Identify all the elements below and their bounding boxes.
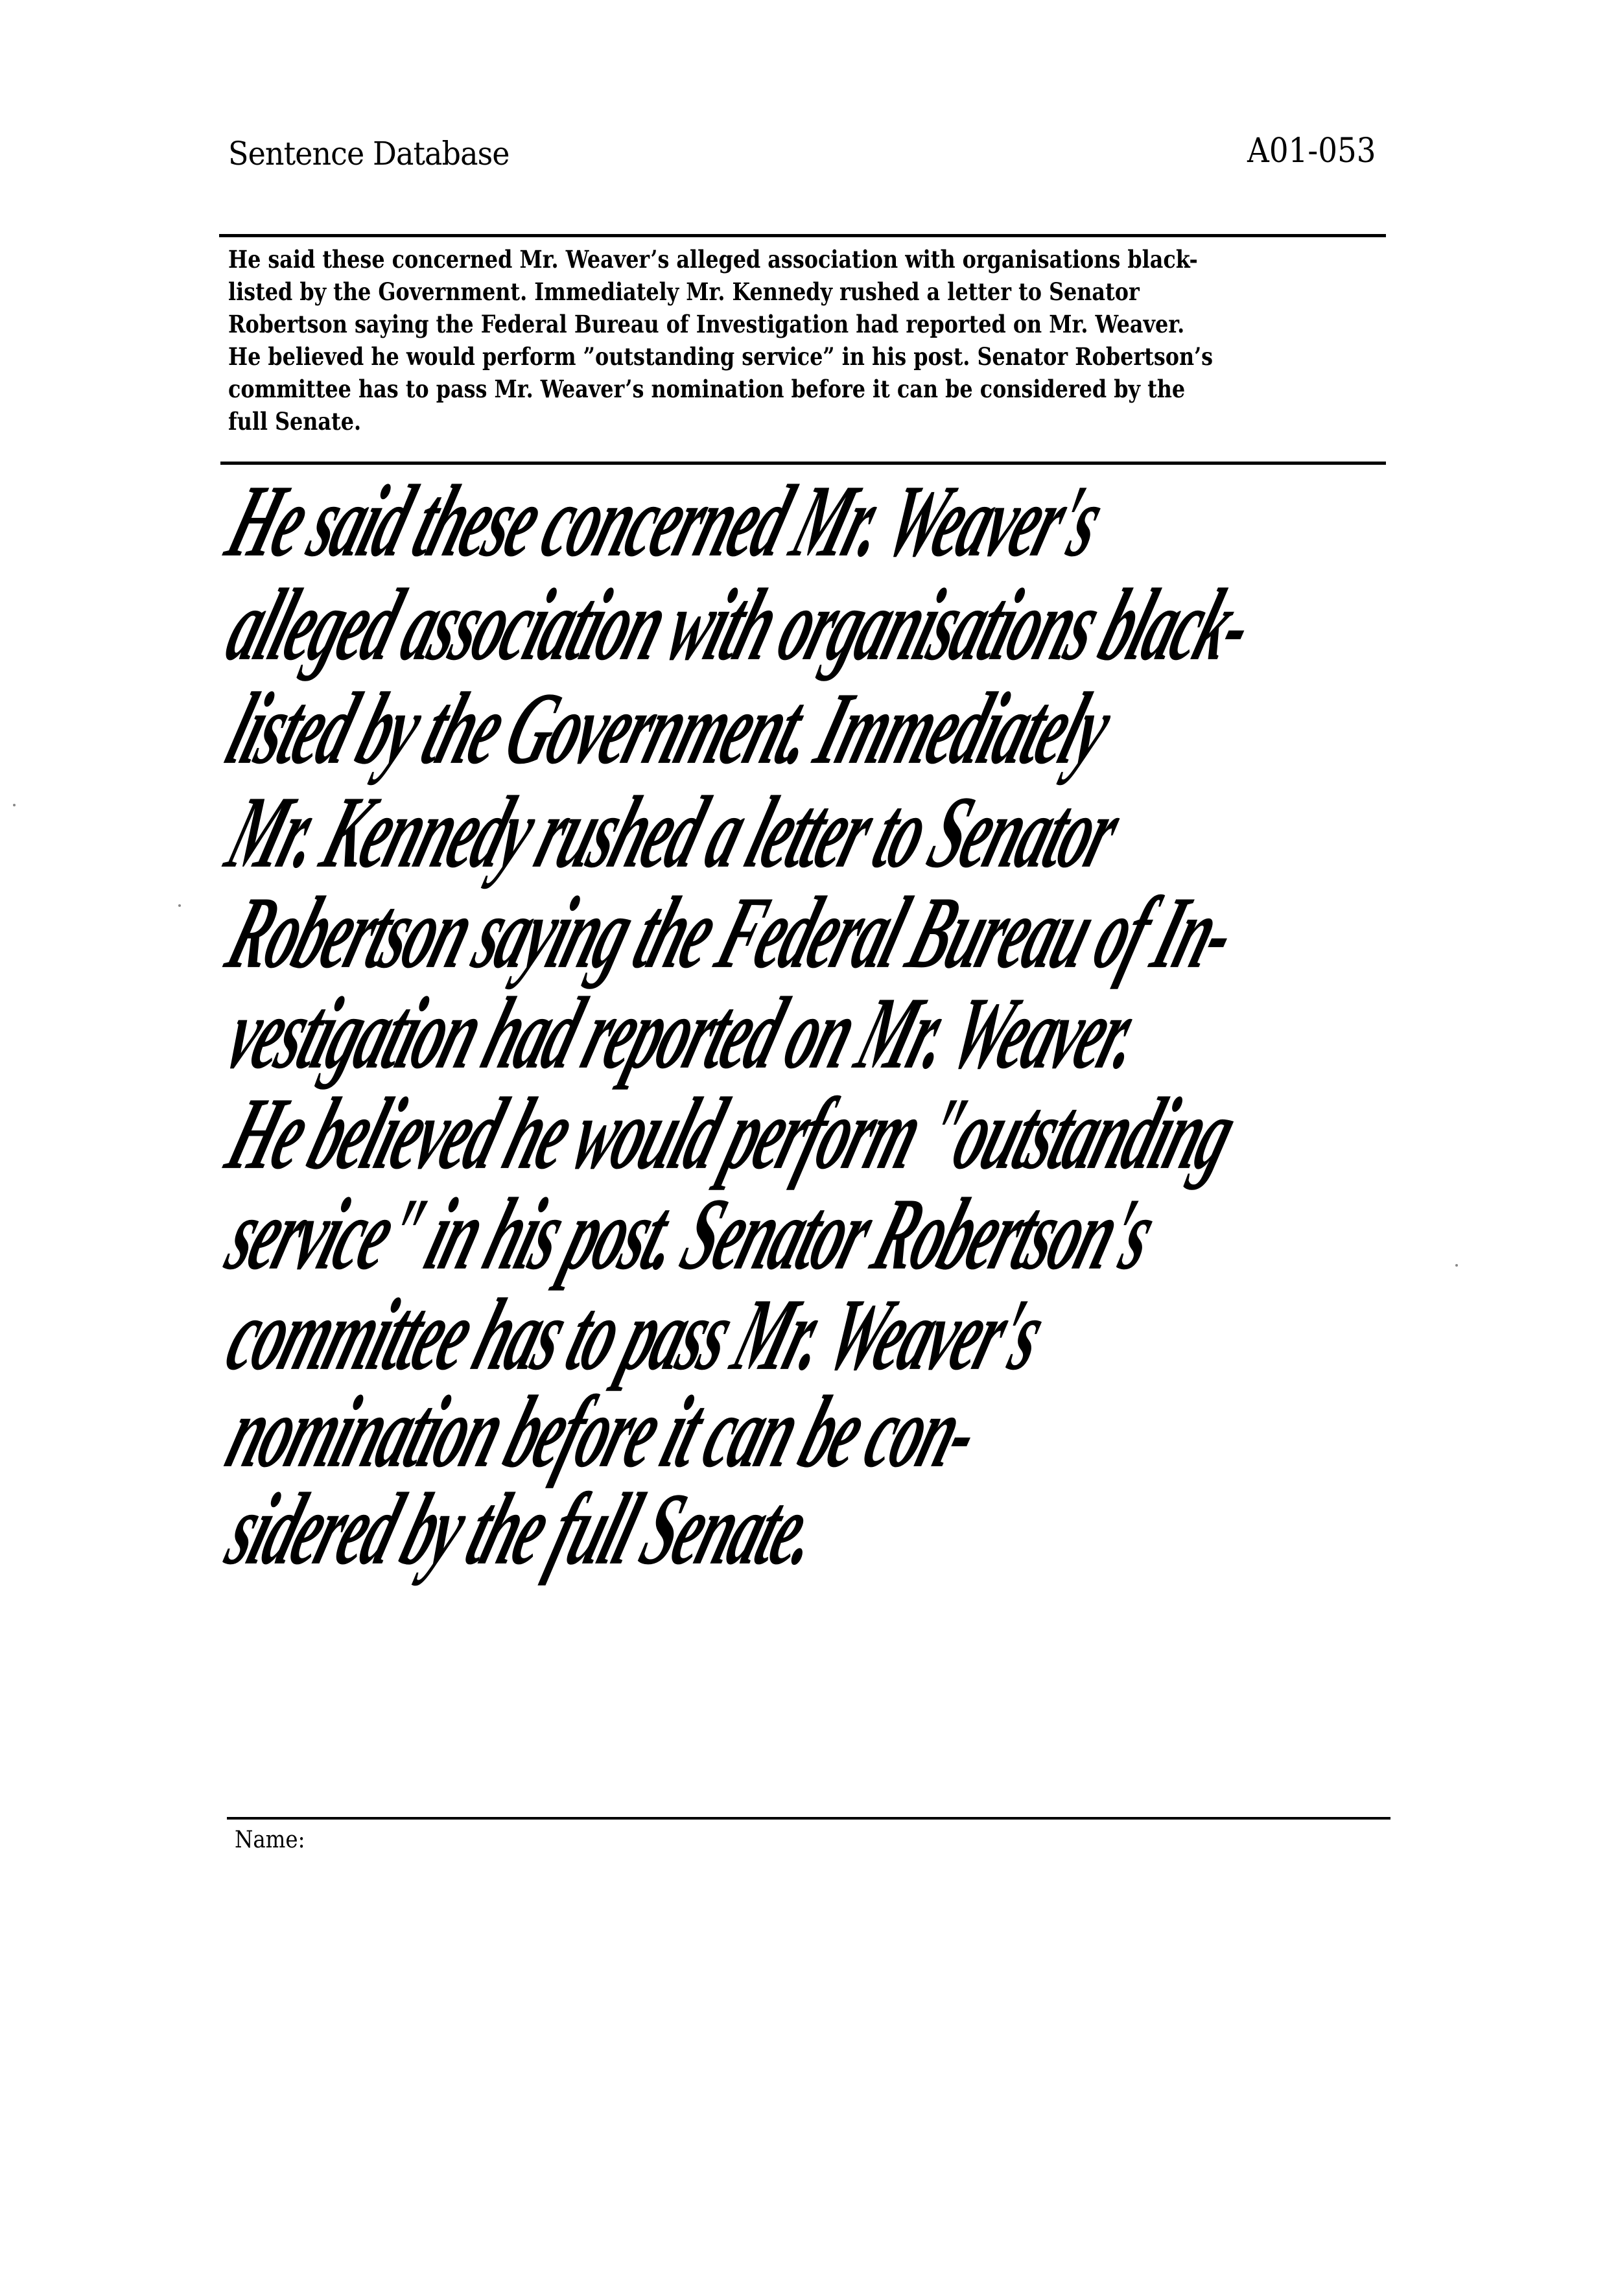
printed-line: He believed he would perform ”outstandin… <box>228 340 1221 373</box>
name-label: Name: <box>235 1827 305 1853</box>
scan-speck <box>13 804 16 806</box>
form-id: A01-053 <box>1248 132 1376 170</box>
printed-line: listed by the Government. Immediately Mr… <box>228 275 1221 308</box>
printed-line: He said these concerned Mr. Weaver’s all… <box>228 243 1221 275</box>
printed-line: full Senate. <box>228 405 1221 438</box>
handwritten-line: alleged association with organisations b… <box>214 565 1265 685</box>
bottom-divider <box>227 1817 1390 1820</box>
scan-speck <box>178 904 181 907</box>
form-page: Sentence Database A01-053 He said these … <box>0 0 1607 2296</box>
printed-line: committee has to pass Mr. Weaver’s nomin… <box>228 373 1221 405</box>
top-divider <box>219 234 1386 237</box>
printed-line: Robertson saying the Federal Bureau of I… <box>228 308 1221 340</box>
printed-text-block: He said these concerned Mr. Weaver’s all… <box>228 243 1382 438</box>
handwritten-line: listed by the Government. Immediately <box>214 669 1124 788</box>
handwritten-line: He said these concerned Mr. Weaver's <box>214 462 1116 581</box>
scan-speck <box>1455 1264 1458 1267</box>
document-title: Sentence Database <box>228 135 510 172</box>
handwritten-line: sidered by the full Senate. <box>214 1470 833 1589</box>
